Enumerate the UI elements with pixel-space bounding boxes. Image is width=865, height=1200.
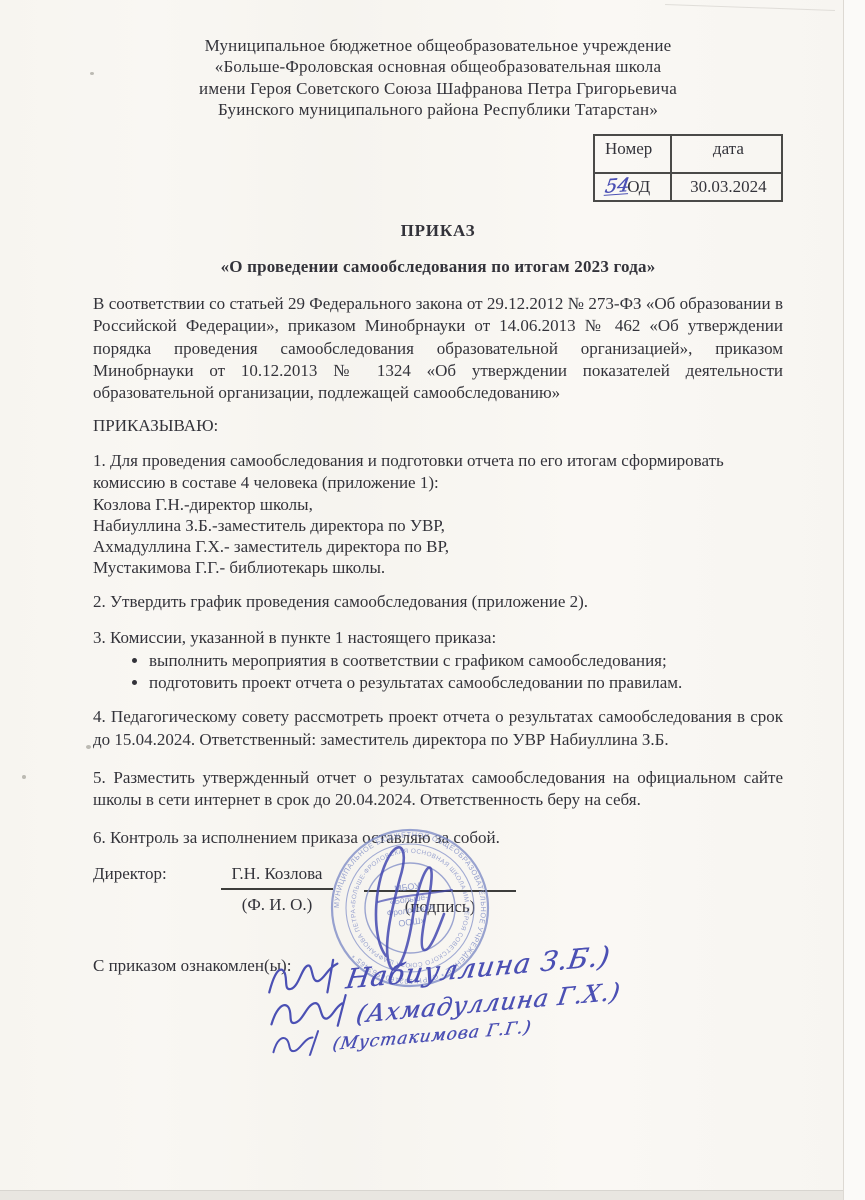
- signature-column: (подпись): [364, 863, 516, 918]
- item-1-text: 1. Для проведения самообследования и под…: [93, 450, 783, 495]
- scan-speck: [22, 775, 26, 779]
- order-word: ПРИКАЗЫВАЮ:: [93, 415, 783, 437]
- number-suffix: ОД: [627, 177, 650, 196]
- item-3-text: 3. Комиссии, указанной в пункте 1 настоя…: [93, 627, 783, 649]
- table-row: 54ОД 30.03.2024: [594, 173, 782, 201]
- commission-members: Козлова Г.Н.-директор школы, Набиуллина …: [93, 494, 783, 578]
- document-title: ПРИКАЗ: [93, 220, 783, 242]
- org-line: Муниципальное бюджетное общеобразователь…: [93, 35, 783, 56]
- fio-column: Г.Н. Козлова (Ф. И. О.): [221, 863, 333, 917]
- organization-header: Муниципальное бюджетное общеобразователь…: [93, 35, 783, 120]
- number-column-header: Номер: [594, 135, 671, 173]
- handwritten-number: 54: [604, 177, 631, 196]
- member-line: Мустакимова Г.Г.- библиотекарь школы.: [93, 557, 783, 578]
- order-item-3: 3. Комиссии, указанной в пункте 1 настоя…: [93, 627, 783, 693]
- order-item-4: 4. Педагогическому совету рассмотреть пр…: [93, 706, 783, 751]
- member-line: Набиуллина З.Б.-заместитель директора по…: [93, 515, 783, 536]
- paper-bottom-edge: [0, 1190, 843, 1200]
- director-label: Директор:: [93, 863, 221, 885]
- date-column-header: дата: [671, 135, 782, 173]
- order-number-cell: 54ОД: [594, 173, 671, 201]
- scan-speck: [90, 72, 94, 75]
- fio-caption: (Ф. И. О.): [221, 890, 333, 916]
- order-item-5: 5. Разместить утвержденный отчет о резул…: [93, 767, 783, 812]
- bullet-item: выполнить мероприятия в соответствии с г…: [149, 651, 783, 672]
- bullet-item: подготовить проект отчета о результатах …: [149, 673, 783, 694]
- org-line: имени Героя Советского Союза Шафранова П…: [93, 78, 783, 99]
- order-item-2: 2. Утвердить график проведения самообсле…: [93, 591, 783, 613]
- order-date-cell: 30.03.2024: [671, 173, 782, 201]
- number-date-table: Номер дата 54ОД 30.03.2024: [593, 134, 783, 202]
- item-3-bullet-list: выполнить мероприятия в соответствии с г…: [131, 651, 783, 693]
- paper-right-edge: [843, 0, 865, 1200]
- order-item-6: 6. Контроль за исполнением приказа остав…: [93, 827, 783, 849]
- table-row: Номер дата: [594, 135, 782, 173]
- signature-caption: (подпись): [364, 890, 516, 918]
- org-line: «Больше-Фроловская основная общеобразова…: [93, 56, 783, 77]
- preamble-paragraph: В соответствии со статьей 29 Федеральног…: [93, 293, 783, 404]
- document-subtitle: «О проведении самообследования по итогам…: [93, 256, 783, 278]
- order-item-1: 1. Для проведения самообследования и под…: [93, 450, 783, 579]
- director-name: Г.Н. Козлова: [221, 863, 333, 890]
- member-line: Козлова Г.Н.-директор школы,: [93, 494, 783, 515]
- signature-scribble: [268, 1028, 330, 1058]
- director-signature-block: Директор: Г.Н. Козлова (Ф. И. О.) (подпи…: [93, 863, 783, 918]
- member-line: Ахмадуллина Г.Х.- заместитель директора …: [93, 536, 783, 557]
- signature-scribble: [263, 957, 343, 998]
- signature-scribble: [266, 993, 354, 1033]
- scan-speck: [86, 745, 91, 749]
- org-line: Буинского муниципального района Республи…: [93, 99, 783, 120]
